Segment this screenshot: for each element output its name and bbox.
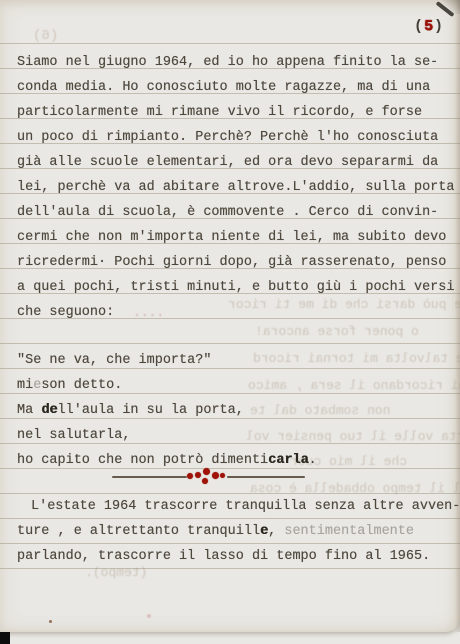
typed-line: a quei pochi, tristi minuti, e butto giù… [17, 275, 457, 300]
text-segment: Ma [17, 403, 41, 418]
typed-line: L'estate 1964 trascorre tranquilla senza… [17, 494, 457, 519]
typed-line: Ma dell'aula in su la porta, [17, 398, 457, 423]
typed-line: ricredermi· Pochi giorni dopo, già rasse… [17, 250, 457, 275]
text-segment: particolarmente mi rimane vivo il ricord… [17, 105, 422, 120]
typed-line: che seguono: [17, 300, 457, 325]
typed-line: particolarmente mi rimane vivo il ricord… [17, 100, 457, 125]
red-ink-dot [220, 473, 225, 478]
typed-line: già alle scuole elementari, ed ora devo … [17, 150, 457, 175]
text-segment: un poco di rimpianto. Perchè? Perchè l'h… [17, 130, 438, 145]
red-ink-dot [202, 478, 208, 484]
text-segment: già alle scuole elementari, ed ora devo … [17, 155, 438, 170]
text-segment: cermi che non m'importa niente di lei, m… [17, 230, 446, 245]
text-segment: L'estate 1964 trascorre tranquilla senza… [31, 499, 460, 514]
typed-line: conda media. Ho conosciuto molte ragazze… [17, 75, 457, 100]
text-segment: son detto. [41, 378, 122, 393]
typed-paragraph-closing: L'estate 1964 trascorre tranquilla senza… [17, 494, 457, 569]
typed-line: mieson detto. [17, 373, 457, 398]
text-segment: a quei pochi, tristi minuti, e butto giù… [17, 280, 454, 295]
typed-line: ture , e altrettanto tranquille, sentime… [17, 519, 457, 544]
bleedthrough-page-number: (6) [33, 28, 58, 44]
page-number-open-paren: ( [414, 18, 424, 35]
text-segment: de [41, 403, 57, 418]
bleedthrough-line: o poner forse ancora! [255, 325, 419, 339]
typed-dash-right [227, 476, 305, 478]
red-ink-dot [187, 473, 193, 479]
typed-line: cermi che non m'importa niente di lei, m… [17, 225, 457, 250]
page-number-value: 5 [424, 18, 434, 35]
text-segment: dell'aula di scuola, è commovente . Cerc… [17, 205, 438, 220]
text-segment: parlando, trascorre il lasso di tempo fi… [17, 549, 430, 564]
ink-speck [147, 614, 151, 618]
notebook-page: (6) (5) ....e può darsi che di me ti ric… [0, 0, 460, 632]
typed-line: parlando, trascorre il lasso di tempo fi… [17, 544, 457, 569]
red-ink-dot [195, 472, 201, 478]
text-segment: che seguono: [17, 305, 114, 320]
typed-line: nel salutarla, [17, 423, 457, 448]
typed-line: un poco di rimpianto. Perchè? Perchè l'h… [17, 125, 457, 150]
typed-line: "Se ne va, che importa?" [17, 348, 457, 373]
typed-line: lei, perchè va ad abitare altrove.L'addi… [17, 175, 457, 200]
page-number: (5) [414, 18, 444, 35]
red-ink-dot [203, 468, 210, 475]
text-segment: conda media. Ho conosciuto molte ragazze… [17, 80, 430, 95]
scanner-edge-artifact [0, 632, 10, 644]
typed-paragraph-main: Siamo nel giugno 1964, ed io ho appena f… [17, 50, 457, 325]
page-number-close-paren: ) [434, 18, 444, 35]
text-segment: mi [17, 378, 33, 393]
scanned-notebook-page: (6) (5) ....e può darsi che di me ti ric… [0, 0, 460, 644]
typed-poem: "Se ne va, che importa?"mieson detto.Ma … [17, 348, 457, 473]
text-segment: e [260, 524, 268, 539]
typed-line: Siamo nel giugno 1964, ed io ho appena f… [17, 50, 457, 75]
ink-speck [49, 620, 52, 623]
text-segment: , [268, 524, 284, 539]
typed-divider [0, 466, 460, 486]
text-segment: sentimentalmente [284, 524, 414, 539]
text-segment: ricredermi· Pochi giorni dopo, già rasse… [17, 255, 446, 270]
red-ink-dot [212, 472, 219, 479]
text-segment: nel salutarla, [17, 428, 130, 443]
text-segment: ll'aula in su la porta, [58, 403, 244, 418]
page-edge-shading [455, 0, 460, 632]
typed-line: dell'aula di scuola, è commovente . Cerc… [17, 200, 457, 225]
text-segment: "Se ne va, che importa?" [17, 353, 211, 368]
text-segment: Siamo nel giugno 1964, ed io ho appena f… [17, 55, 438, 70]
text-segment: e [33, 378, 41, 393]
typed-dash-left [112, 476, 187, 478]
text-segment: lei, perchè va ad abitare altrove.L'addi… [17, 180, 454, 195]
text-segment: ture , e altrettanto tranquill [17, 524, 260, 539]
